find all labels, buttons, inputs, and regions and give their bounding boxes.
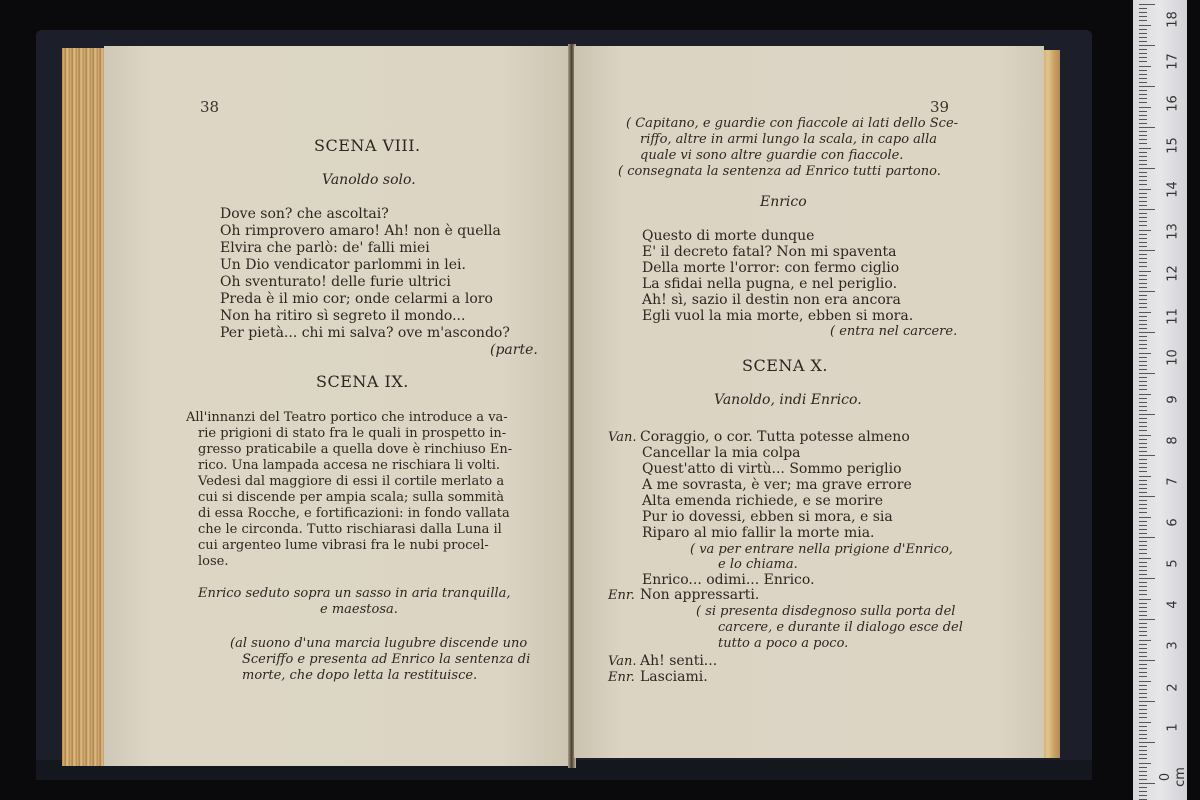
ruler-tick xyxy=(1139,332,1155,333)
verse-line: Per pietà... chi mi salva? ove m'ascondo… xyxy=(220,325,510,341)
ruler-tick xyxy=(1139,238,1147,239)
ruler-tick xyxy=(1139,459,1147,460)
ruler-tick xyxy=(1139,266,1147,267)
verse-line: Egli vuol la mia morte, ebben si mora. xyxy=(642,308,913,324)
verse-line: Oh sventurato! delle furie ultrici xyxy=(220,274,451,290)
verse-line: Oh rimprovero amaro! Ah! non è quella xyxy=(220,223,501,239)
stage-direction: morte, che dopo letta la restituisce. xyxy=(242,668,477,684)
ruler-tick xyxy=(1139,512,1147,513)
ruler-tick xyxy=(1139,738,1147,739)
ruler-tick xyxy=(1139,713,1147,714)
ruler-tick xyxy=(1139,180,1147,181)
ruler-tick xyxy=(1139,422,1147,423)
ruler-tick xyxy=(1139,143,1147,144)
ruler-tick xyxy=(1139,283,1147,284)
ruler-tick xyxy=(1139,570,1147,571)
right-page: 39 ( Capitano, e guardie con fiaccole ai… xyxy=(574,46,1044,758)
ruler-tick xyxy=(1139,590,1147,591)
ruler-tick xyxy=(1139,275,1147,276)
ruler-unit-label: 0 cm xyxy=(1158,765,1188,789)
scene-ix-heading: SCENA IX. xyxy=(316,372,409,391)
ruler-tick xyxy=(1139,344,1147,345)
ruler-tick xyxy=(1139,640,1151,641)
ruler-tick xyxy=(1139,480,1147,481)
ruler-tick xyxy=(1139,668,1147,669)
ruler-tick xyxy=(1139,537,1155,538)
verse-line: E' il decreto fatal? Non mi spaventa xyxy=(642,244,896,260)
verse-line: Coraggio, o cor. Tutta potesse almeno xyxy=(640,429,910,445)
verse-line: Della morte l'orror: con fermo ciglio xyxy=(642,260,899,276)
setting-line: lose. xyxy=(198,554,228,570)
ruler-tick xyxy=(1139,685,1147,686)
ruler-tick xyxy=(1139,303,1147,304)
ruler-tick xyxy=(1139,484,1147,485)
ruler-tick xyxy=(1139,726,1147,727)
page-edges-left xyxy=(62,48,110,766)
ruler-tick xyxy=(1139,217,1147,218)
ruler-tick xyxy=(1139,676,1147,677)
ruler-mark: 11 xyxy=(1166,305,1181,329)
ruler-mark: 6 xyxy=(1166,511,1181,535)
ruler-tick xyxy=(1139,246,1147,247)
ruler-tick xyxy=(1139,717,1147,718)
ruler-tick xyxy=(1139,500,1147,501)
ruler-tick xyxy=(1139,631,1147,632)
ruler-tick xyxy=(1139,156,1147,157)
ruler-tick xyxy=(1139,29,1147,30)
verse-line: La sfidai nella pugna, e nel periglio. xyxy=(642,276,897,292)
ruler-tick xyxy=(1139,189,1151,190)
ruler-tick xyxy=(1139,549,1147,550)
ruler-tick xyxy=(1139,701,1155,702)
ruler-tick xyxy=(1139,734,1147,735)
ruler-tick xyxy=(1139,45,1155,46)
ruler-tick xyxy=(1139,164,1147,165)
verse-line: Ah! senti... xyxy=(640,653,717,669)
setting-line: All'innanzi del Teatro portico che intro… xyxy=(186,410,508,426)
ruler-mark: 2 xyxy=(1166,676,1181,700)
ruler-tick xyxy=(1139,25,1151,26)
ruler-tick xyxy=(1139,541,1147,542)
ruler-tick xyxy=(1139,135,1147,136)
ruler-tick xyxy=(1139,758,1147,759)
stage-direction: (al suono d'una marcia lugubre discende … xyxy=(230,636,527,652)
setting-line: rie prigioni di stato fra le quali in pr… xyxy=(198,426,506,442)
ruler-tick xyxy=(1139,57,1147,58)
ruler-mark: 10 xyxy=(1166,346,1181,370)
stage-direction: Sceriffo e presenta ad Enrico la sentenz… xyxy=(242,652,530,668)
ruler-tick xyxy=(1139,496,1155,497)
ruler-tick xyxy=(1139,533,1147,534)
ruler-tick xyxy=(1139,652,1147,653)
ruler-tick xyxy=(1139,340,1147,341)
ruler-tick xyxy=(1139,4,1155,5)
ruler-mark: 4 xyxy=(1166,593,1181,617)
ruler-tick xyxy=(1139,705,1147,706)
ruler-tick xyxy=(1139,123,1147,124)
stage-direction: riffo, altre in armi lungo la scala, in … xyxy=(640,132,937,148)
ruler-tick xyxy=(1139,209,1155,210)
ruler-tick xyxy=(1139,521,1147,522)
ruler-tick xyxy=(1139,37,1147,38)
ruler-mark: 8 xyxy=(1166,429,1181,453)
setting-line: cui si discende per ampia scala; sulla s… xyxy=(198,490,504,506)
ruler-tick xyxy=(1139,754,1147,755)
ruler-tick xyxy=(1139,787,1147,788)
ruler-tick xyxy=(1139,656,1147,657)
measurement-ruler: 0 cm 1 2 3 4 5 6 7 8 9 10 11 12 13 14 15… xyxy=(1133,0,1187,800)
page-number-left: 38 xyxy=(200,98,219,116)
verse-line: Preda è il mio cor; onde celarmi a loro xyxy=(220,291,493,307)
ruler-tick xyxy=(1139,287,1147,288)
ruler-tick xyxy=(1139,558,1151,559)
ruler-mark: 15 xyxy=(1166,134,1181,158)
stage-direction: carcere, e durante il dialogo esce del xyxy=(718,620,963,636)
ruler-tick xyxy=(1139,111,1147,112)
ruler-tick xyxy=(1139,553,1147,554)
ruler-tick xyxy=(1139,107,1151,108)
ruler-tick xyxy=(1139,574,1147,575)
ruler-tick xyxy=(1139,607,1147,608)
left-page: 38 SCENA VIII. Vanoldo solo. Dove son? c… xyxy=(104,46,570,766)
verse-line: Pur io dovessi, ebben si mora, e sia xyxy=(642,509,893,525)
speaker-name: Enrico xyxy=(760,194,807,210)
setting-line: cui argenteo lume vibrasi fra le nubi pr… xyxy=(198,538,489,554)
ruler-tick xyxy=(1139,414,1155,415)
scene-x-cast: Vanoldo, indi Enrico. xyxy=(714,392,862,408)
ruler-tick xyxy=(1139,291,1155,292)
ruler-tick xyxy=(1139,697,1147,698)
ruler-tick xyxy=(1139,599,1151,600)
ruler-tick xyxy=(1139,119,1147,120)
ruler-tick xyxy=(1139,234,1147,235)
ruler-mark: 13 xyxy=(1166,220,1181,244)
ruler-tick xyxy=(1139,619,1155,620)
speaker-label-enr: Enr. xyxy=(608,588,635,603)
ruler-tick xyxy=(1139,373,1155,374)
ruler-tick xyxy=(1139,41,1147,42)
ruler-tick xyxy=(1139,398,1147,399)
ruler-tick xyxy=(1139,160,1147,161)
ruler-tick xyxy=(1139,49,1147,50)
ruler-tick xyxy=(1139,201,1147,202)
ruler-tick xyxy=(1139,221,1147,222)
ruler-tick xyxy=(1139,361,1147,362)
ruler-tick xyxy=(1139,193,1147,194)
stage-exit: ( entra nel carcere. xyxy=(830,324,957,340)
ruler-tick xyxy=(1139,394,1151,395)
ruler-tick xyxy=(1139,127,1155,128)
ruler-tick xyxy=(1139,152,1147,153)
ruler-tick xyxy=(1139,316,1147,317)
ruler-tick xyxy=(1139,508,1147,509)
ruler-tick xyxy=(1139,307,1147,308)
verse-line: Riparo al mio fallir la morte mia. xyxy=(642,525,875,541)
ruler-tick xyxy=(1139,90,1147,91)
ruler-tick xyxy=(1139,369,1147,370)
stage-direction: tutto a poco a poco. xyxy=(718,636,848,652)
ruler-tick xyxy=(1139,492,1147,493)
ruler-tick xyxy=(1139,357,1147,358)
ruler-tick xyxy=(1139,225,1147,226)
ruler-tick xyxy=(1139,455,1155,456)
ruler-tick xyxy=(1139,406,1147,407)
ruler-tick xyxy=(1139,98,1147,99)
ruler-tick xyxy=(1139,529,1147,530)
ruler-tick xyxy=(1139,582,1147,583)
setting-line: gresso praticabile a quella dove è rinch… xyxy=(198,442,512,458)
stage-direction: ( consegnata la sentenza ad Enrico tutti… xyxy=(618,164,941,180)
stage-direction: e lo chiama. xyxy=(718,557,798,573)
ruler-tick xyxy=(1139,709,1147,710)
ruler-tick xyxy=(1139,148,1151,149)
ruler-mark: 7 xyxy=(1166,470,1181,494)
ruler-tick xyxy=(1139,271,1151,272)
ruler-tick xyxy=(1139,385,1147,386)
verse-line: Ah! sì, sazio il destin non era ancora xyxy=(642,292,901,308)
setting-line: Vedesi dal maggiore di essi il cortile m… xyxy=(198,474,504,490)
ruler-tick xyxy=(1139,377,1147,378)
ruler-tick xyxy=(1139,324,1147,325)
ruler-tick xyxy=(1139,463,1147,464)
verse-line: Questo di morte dunque xyxy=(642,228,814,244)
speaker-label-van: Van. xyxy=(608,654,636,669)
ruler-tick xyxy=(1139,410,1147,411)
ruler-tick xyxy=(1139,566,1147,567)
ruler-tick xyxy=(1139,262,1147,263)
ruler-tick xyxy=(1139,295,1147,296)
ruler-mark: 1 xyxy=(1166,716,1181,740)
ruler-tick xyxy=(1139,525,1147,526)
ruler-tick xyxy=(1139,660,1155,661)
stage-direction: e maestosa. xyxy=(320,602,398,618)
speaker-label-enr: Enr. xyxy=(608,670,635,685)
ruler-tick xyxy=(1139,336,1147,337)
stage-direction: ( Capitano, e guardie con fiaccole ai la… xyxy=(626,116,958,132)
verse-line: Alta emenda richiede, e se morire xyxy=(642,493,883,509)
ruler-tick xyxy=(1139,242,1147,243)
ruler-tick xyxy=(1139,443,1147,444)
ruler-tick xyxy=(1139,70,1147,71)
ruler-tick xyxy=(1139,176,1147,177)
ruler-tick xyxy=(1139,627,1147,628)
ruler-tick xyxy=(1139,86,1155,87)
ruler-tick xyxy=(1139,746,1147,747)
ruler-tick xyxy=(1139,320,1147,321)
ruler-tick xyxy=(1139,783,1155,784)
ruler-tick xyxy=(1139,767,1147,768)
ruler-tick xyxy=(1139,279,1147,280)
verse-line: Non appressarti. xyxy=(640,587,759,603)
ruler-tick xyxy=(1139,12,1147,13)
ruler-tick xyxy=(1139,594,1147,595)
ruler-tick xyxy=(1139,517,1151,518)
ruler-tick xyxy=(1139,689,1147,690)
ruler-tick xyxy=(1139,672,1147,673)
ruler-tick xyxy=(1139,197,1147,198)
ruler-tick xyxy=(1139,33,1147,34)
ruler-tick xyxy=(1139,430,1147,431)
ruler-mark: 5 xyxy=(1166,552,1181,576)
ruler-tick xyxy=(1139,504,1147,505)
ruler-tick xyxy=(1139,418,1147,419)
ruler-tick xyxy=(1139,102,1147,103)
setting-line: che le circonda. Tutto rischiarasi dalla… xyxy=(198,522,502,538)
ruler-tick xyxy=(1139,623,1147,624)
ruler-tick xyxy=(1139,693,1147,694)
ruler-tick xyxy=(1139,66,1151,67)
ruler-tick xyxy=(1139,471,1147,472)
ruler-tick xyxy=(1139,365,1147,366)
ruler-tick xyxy=(1139,299,1147,300)
ruler-tick xyxy=(1139,439,1147,440)
ruler-tick xyxy=(1139,168,1155,169)
ruler-tick xyxy=(1139,562,1147,563)
ruler-tick xyxy=(1139,213,1147,214)
ruler-tick xyxy=(1139,139,1147,140)
ruler-tick xyxy=(1139,312,1151,313)
ruler-tick xyxy=(1139,722,1151,723)
ruler-mark: 12 xyxy=(1166,262,1181,286)
ruler-tick xyxy=(1139,172,1147,173)
ruler-tick xyxy=(1139,467,1147,468)
ruler-tick xyxy=(1139,750,1147,751)
stage-direction: Enrico seduto sopra un sasso in aria tra… xyxy=(198,586,511,602)
ruler-tick xyxy=(1139,53,1147,54)
ruler-tick xyxy=(1139,94,1147,95)
ruler-tick xyxy=(1139,131,1147,132)
ruler-tick xyxy=(1139,644,1147,645)
ruler-tick xyxy=(1139,648,1147,649)
ruler-tick xyxy=(1139,82,1147,83)
ruler-tick xyxy=(1139,426,1147,427)
ruler-tick xyxy=(1139,230,1151,231)
verse-line: Lasciami. xyxy=(640,669,708,685)
verse-line: Cancellar la mia colpa xyxy=(642,445,801,461)
ruler-tick xyxy=(1139,791,1147,792)
ruler-tick xyxy=(1139,476,1151,477)
stage-direction: quale vi sono altre guardie con fiaccole… xyxy=(640,148,903,164)
ruler-tick xyxy=(1139,586,1147,587)
ruler-tick xyxy=(1139,115,1147,116)
ruler-tick xyxy=(1139,447,1147,448)
ruler-tick xyxy=(1139,681,1151,682)
ruler-tick xyxy=(1139,389,1147,390)
ruler-mark: 17 xyxy=(1166,50,1181,74)
page-number-right: 39 xyxy=(930,98,949,116)
speaker-label-van: Van. xyxy=(608,430,636,445)
ruler-tick xyxy=(1139,635,1147,636)
stage-exit: (parte. xyxy=(490,342,538,358)
ruler-tick xyxy=(1139,763,1151,764)
ruler-tick xyxy=(1139,611,1147,612)
ruler-tick xyxy=(1139,771,1147,772)
ruler-tick xyxy=(1139,353,1151,354)
ruler-mark: 3 xyxy=(1166,634,1181,658)
ruler-mark: 9 xyxy=(1166,388,1181,412)
ruler-tick xyxy=(1139,78,1147,79)
ruler-tick xyxy=(1139,451,1147,452)
ruler-tick xyxy=(1139,779,1147,780)
ruler-tick xyxy=(1139,730,1147,731)
setting-line: rico. Una lampada accesa ne rischiara li… xyxy=(198,458,500,474)
ruler-tick xyxy=(1139,435,1151,436)
scene-x-heading: SCENA X. xyxy=(742,356,828,375)
ruler-mark: 14 xyxy=(1166,178,1181,202)
verse-line: Non ha ritiro sì segreto il mondo... xyxy=(220,308,465,324)
ruler-tick xyxy=(1139,348,1147,349)
verse-line: A me sovrasta, è ver; ma grave errore xyxy=(642,477,912,493)
verse-line: Un Dio vendicator parlommi in lei. xyxy=(220,257,466,273)
ruler-tick xyxy=(1139,205,1147,206)
ruler-tick xyxy=(1139,775,1147,776)
ruler-tick xyxy=(1139,664,1147,665)
ruler-tick xyxy=(1139,615,1147,616)
ruler-tick xyxy=(1139,20,1147,21)
ruler-tick xyxy=(1139,795,1147,796)
ruler-tick xyxy=(1139,254,1147,255)
ruler-mark: 18 xyxy=(1166,8,1181,32)
ruler-tick xyxy=(1139,184,1147,185)
ruler-tick xyxy=(1139,488,1147,489)
verse-line: Enrico... odimi... Enrico. xyxy=(642,572,815,588)
verse-line: Dove son? che ascoltai? xyxy=(220,206,389,222)
ruler-tick xyxy=(1139,250,1155,251)
ruler-tick xyxy=(1139,545,1147,546)
setting-line: di essa Rocche, e fortificazioni: in fon… xyxy=(198,506,510,522)
scene-viii-heading: SCENA VIII. xyxy=(314,136,421,155)
ruler-tick xyxy=(1139,402,1147,403)
ruler-tick xyxy=(1139,16,1147,17)
ruler-tick xyxy=(1139,328,1147,329)
ruler-tick xyxy=(1139,61,1147,62)
ruler-tick xyxy=(1139,381,1147,382)
ruler-mark: 16 xyxy=(1166,92,1181,116)
stage-direction: ( va per entrare nella prigione d'Enrico… xyxy=(690,542,953,558)
verse-line: Quest'atto di virtù... Sommo periglio xyxy=(642,461,902,477)
ruler-tick xyxy=(1139,603,1147,604)
scene-viii-cast: Vanoldo solo. xyxy=(322,172,416,188)
ruler-tick xyxy=(1139,578,1155,579)
ruler-tick xyxy=(1139,742,1155,743)
ruler-tick xyxy=(1139,74,1147,75)
verse-line: Elvira che parlò: de' falli miei xyxy=(220,240,430,256)
stage-direction: ( si presenta disdegnoso sulla porta del xyxy=(696,604,955,620)
ruler-tick xyxy=(1139,258,1147,259)
ruler-tick xyxy=(1139,8,1147,9)
